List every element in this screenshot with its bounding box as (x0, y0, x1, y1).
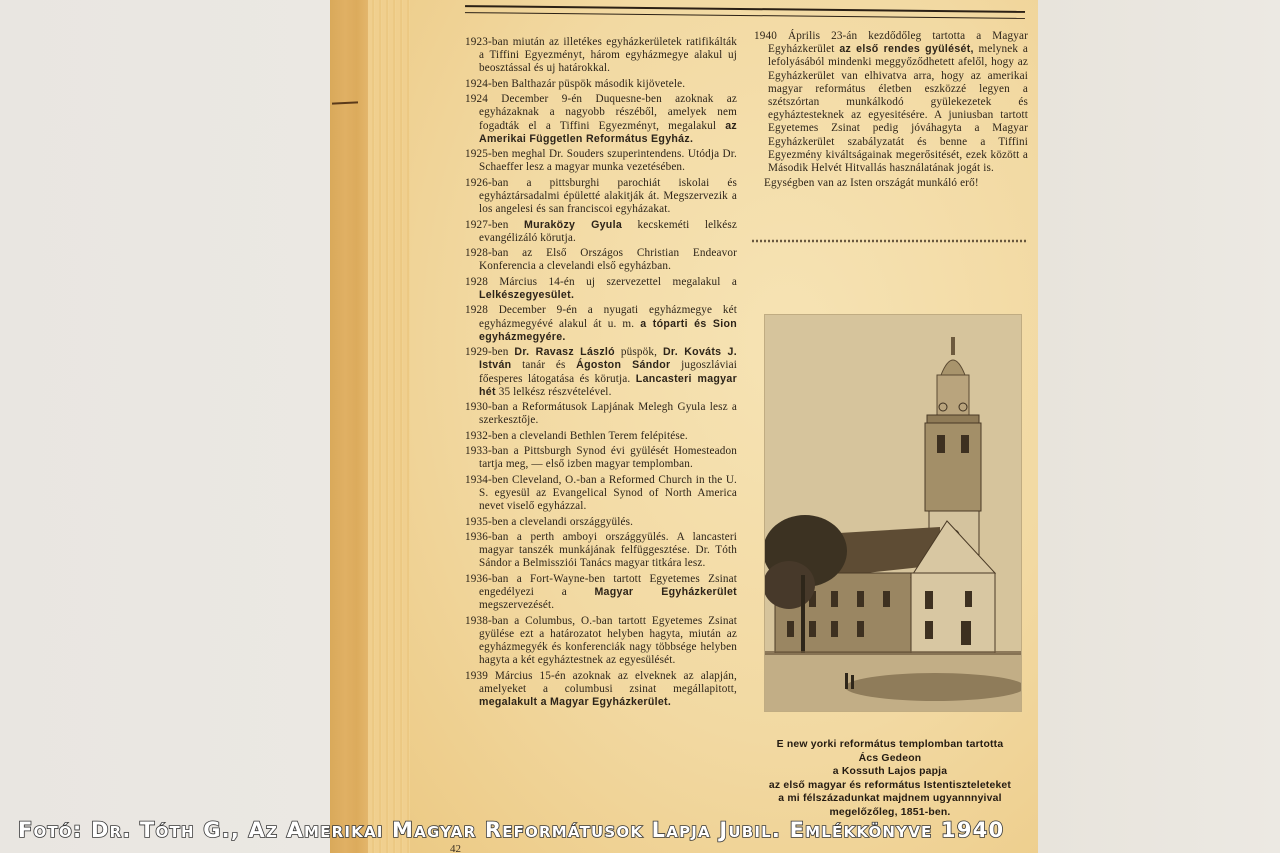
background-left (0, 0, 330, 853)
timeline-entry: 1923-ban miután az illetékes egyházkerül… (465, 36, 737, 76)
illustration-caption: E new yorki református templomban tartot… (742, 738, 1038, 819)
timeline-entry-1940: 1940 Április 23-án kezdődőleg tartotta a… (754, 30, 1028, 175)
timeline-entry: 1928 December 9-én a nyugati egyházmegye… (465, 304, 737, 344)
timeline-entry: 1936-ban a Fort-Wayne-ben tartott Egyete… (465, 573, 737, 613)
caption-line: az első magyar és református Istentiszte… (742, 779, 1038, 793)
timeline-entry: 1935-ben a clevelandi országgyülés. (465, 516, 737, 529)
page-number: 42 (450, 843, 461, 853)
right-text-column: 1940 Április 23-án kezdődőleg tartotta a… (754, 30, 1028, 191)
caption-line: E new yorki református templomban tartot… (742, 738, 1038, 752)
caption-line: Ács Gedeon (742, 752, 1038, 766)
timeline-entry: 1934-ben Cleveland, O.-ban a Reformed Ch… (465, 474, 737, 514)
timeline-entry: 1938-ban a Columbus, O.-ban tartott Egye… (465, 615, 737, 668)
page-stack-edges (368, 0, 410, 853)
timeline-entry: 1936-ban a perth amboyi országgyülés. A … (465, 531, 737, 571)
timeline-entry: 1926-ban a pittsburghi parochiát iskolai… (465, 177, 737, 217)
timeline-entry: 1924-ben Balthazár püspök második kijöve… (465, 78, 737, 91)
background-right (1038, 0, 1280, 853)
timeline-entry: 1928-ban az Első Országos Christian Ende… (465, 247, 737, 273)
timeline-entry: 1939 Március 15-én azoknak az elveknek a… (465, 670, 737, 710)
timeline-entry: 1930-ban a Reformátusok Lapjának Melegh … (465, 401, 737, 427)
timeline-entry: 1932-ben a clevelandi Bethlen Terem felé… (465, 430, 737, 443)
book-spine-edge (330, 0, 368, 853)
timeline-entry: 1927-ben Muraközy Gyula kecskeméti lelké… (465, 219, 737, 245)
caption-line: megelőzőleg, 1851-ben. (742, 806, 1038, 820)
timeline-entry: 1924 December 9-én Duquesne-ben azoknak … (465, 93, 737, 146)
paper-crack (332, 101, 358, 104)
photo-credit-overlay: Fotó: Dr. Tóth G., Az Amerikai Magyar Re… (18, 818, 1268, 842)
timeline-entry: 1929-ben Dr. Ravasz László püspök, Dr. K… (465, 346, 737, 399)
church-engraving-illustration (764, 314, 1022, 712)
timeline-entry: 1933-ban a Pittsburgh Synod évi gyülését… (465, 445, 737, 471)
caption-line: a mi félszázadunkat majdnem ugyannnyival (742, 792, 1038, 806)
left-text-column: 1923-ban miután az illetékes egyházkerül… (465, 36, 737, 711)
timeline-entry: 1928 Március 14-én uj szervezettel megal… (465, 276, 737, 302)
caption-line: a Kossuth Lajos papja (742, 765, 1038, 779)
closing-sentence: Egységben van az Isten országát munkáló … (754, 177, 1028, 190)
church-icon (765, 315, 1021, 711)
timeline-entry: 1925-ben meghal Dr. Souders szuperintend… (465, 148, 737, 174)
